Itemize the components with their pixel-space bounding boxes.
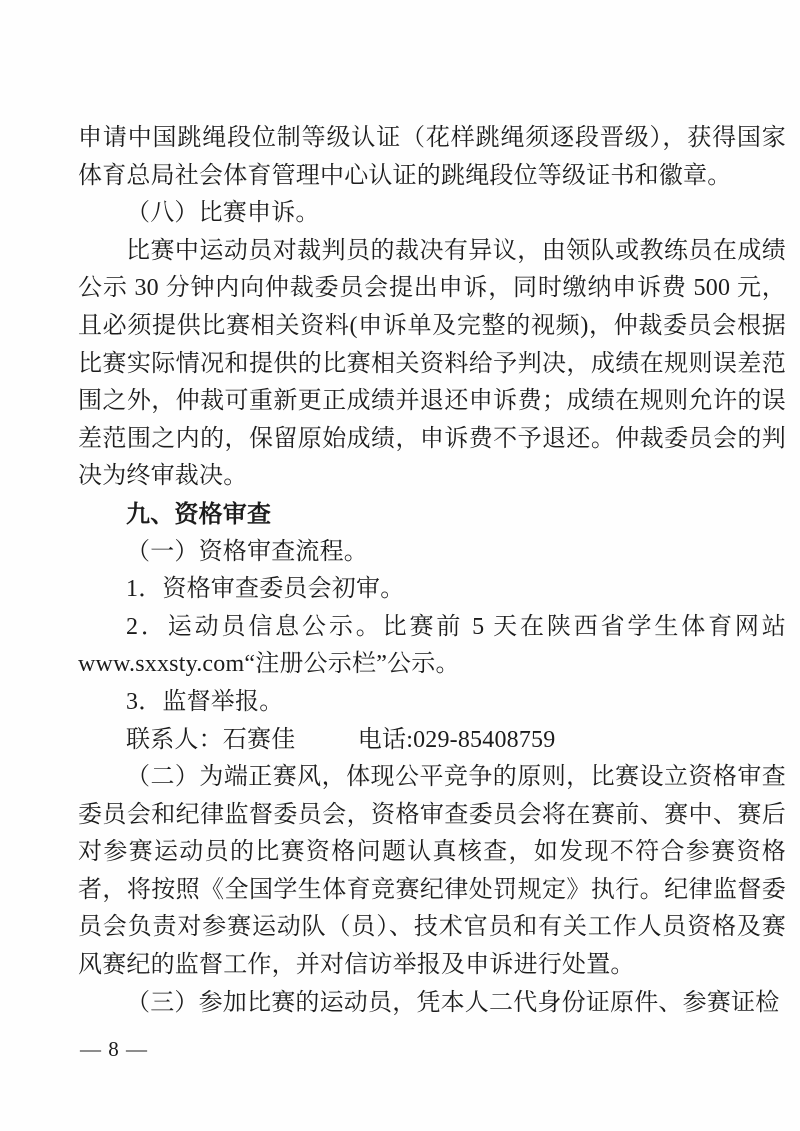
paragraph-continuation: 申请中国跳绳段位制等级认证（花样跳绳须逐段晋级），获得国家体育总局社会体育管理中… <box>78 120 786 195</box>
paragraph-step-2: 2．运动员信息公示。比赛前 5 天在陕西省学生体育网站www.sxxsty.co… <box>78 609 786 684</box>
paragraph-item-2-body: （二）为端正赛风，体现公平竞争的原则，比赛设立资格审查委员会和纪律监督委员会，资… <box>78 759 786 985</box>
paragraph-item-1-title: （一）资格审查流程。 <box>78 534 786 572</box>
paragraph-step-1: 1．资格审查委员会初审。 <box>78 571 786 609</box>
paragraph-item-8: （八）比赛申诉。 <box>78 195 786 233</box>
contact-phone: 电话:029-85408759 <box>358 727 556 753</box>
section-heading: 九、资格审查 <box>78 496 786 534</box>
paragraph-item-3-start: （三）参加比赛的运动员，凭本人二代身份证原件、参赛证检 <box>78 985 786 1023</box>
contact-line: 联系人：石赛佳电话:029-85408759 <box>78 722 786 760</box>
document-page: 申请中国跳绳段位制等级认证（花样跳绳须逐段晋级），获得国家体育总局社会体育管理中… <box>0 0 800 1131</box>
paragraph-step-3: 3．监督举报。 <box>78 684 786 722</box>
page-number: — 8 — <box>80 1036 148 1062</box>
document-body: 申请中国跳绳段位制等级认证（花样跳绳须逐段晋级），获得国家体育总局社会体育管理中… <box>78 120 786 1022</box>
contact-person: 联系人：石赛佳 <box>126 727 295 753</box>
paragraph-appeal-body: 比赛中运动员对裁判员的裁决有异议，由领队或教练员在成绩公示 30 分钟内向仲裁委… <box>78 233 786 496</box>
